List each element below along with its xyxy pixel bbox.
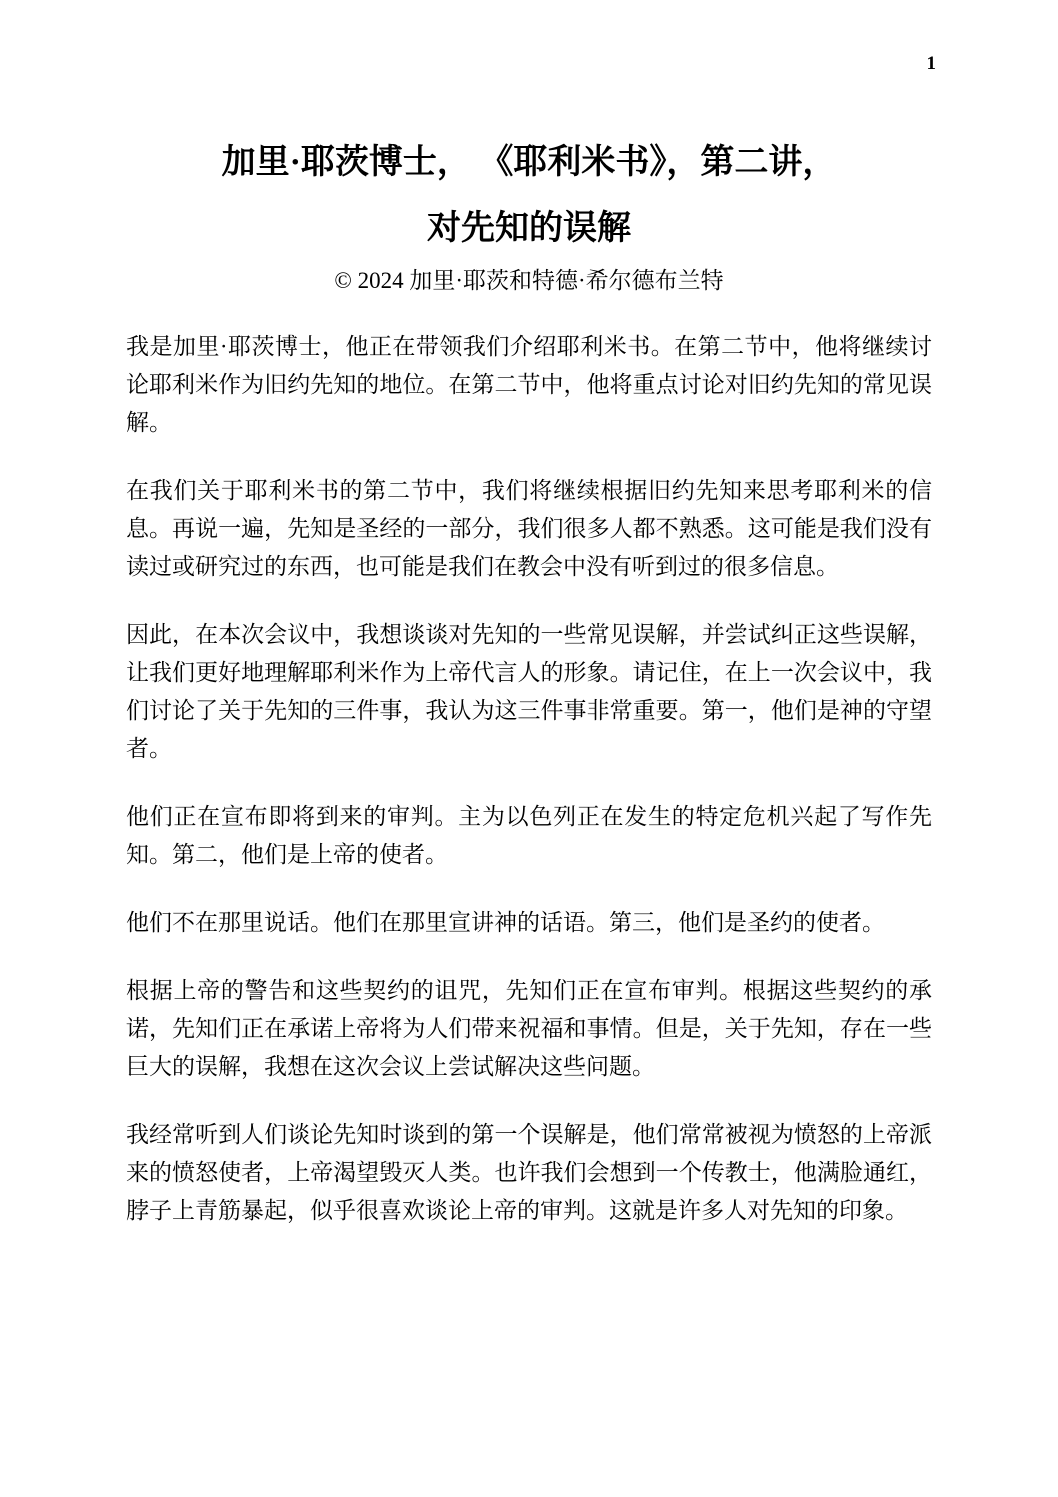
copyright-line: © 2024 加里·耶茨和特德·希尔德布兰特	[0, 264, 1058, 298]
paragraph-4: 他们正在宣布即将到来的审判。主为以色列正在发生的特定危机兴起了写作先知。第二，他…	[126, 798, 932, 874]
paragraph-7: 我经常听到人们谈论先知时谈到的第一个误解是，他们常常被视为愤怒的上帝派来的愤怒使…	[126, 1116, 932, 1230]
paragraph-3: 因此，在本次会议中，我想谈谈对先知的一些常见误解，并尝试纠正这些误解，让我们更好…	[126, 616, 932, 768]
page-number: 1	[927, 54, 937, 73]
document-page: 1 加里·耶茨博士， 《耶利米书》，第二讲， 对先知的误解 © 2024 加里·…	[0, 0, 1058, 1497]
document-body: 我是加里·耶茨博士，他正在带领我们介绍耶利米书。在第二节中，他将继续讨论耶利米作…	[126, 328, 932, 1230]
paragraph-6: 根据上帝的警告和这些契约的诅咒，先知们正在宣布审判。根据这些契约的承诺，先知们正…	[126, 972, 932, 1086]
document-title: 加里·耶茨博士， 《耶利米书》，第二讲， 对先知的误解	[0, 0, 1058, 262]
title-line-1: 加里·耶茨博士， 《耶利米书》，第二讲，	[0, 130, 1058, 196]
paragraph-2: 在我们关于耶利米书的第二节中，我们将继续根据旧约先知来思考耶利米的信息。再说一遍…	[126, 472, 932, 586]
paragraph-5: 他们不在那里说话。他们在那里宣讲神的话语。第三，他们是圣约的使者。	[126, 904, 932, 942]
paragraph-1: 我是加里·耶茨博士，他正在带领我们介绍耶利米书。在第二节中，他将继续讨论耶利米作…	[126, 328, 932, 442]
title-line-2: 对先知的误解	[0, 196, 1058, 262]
